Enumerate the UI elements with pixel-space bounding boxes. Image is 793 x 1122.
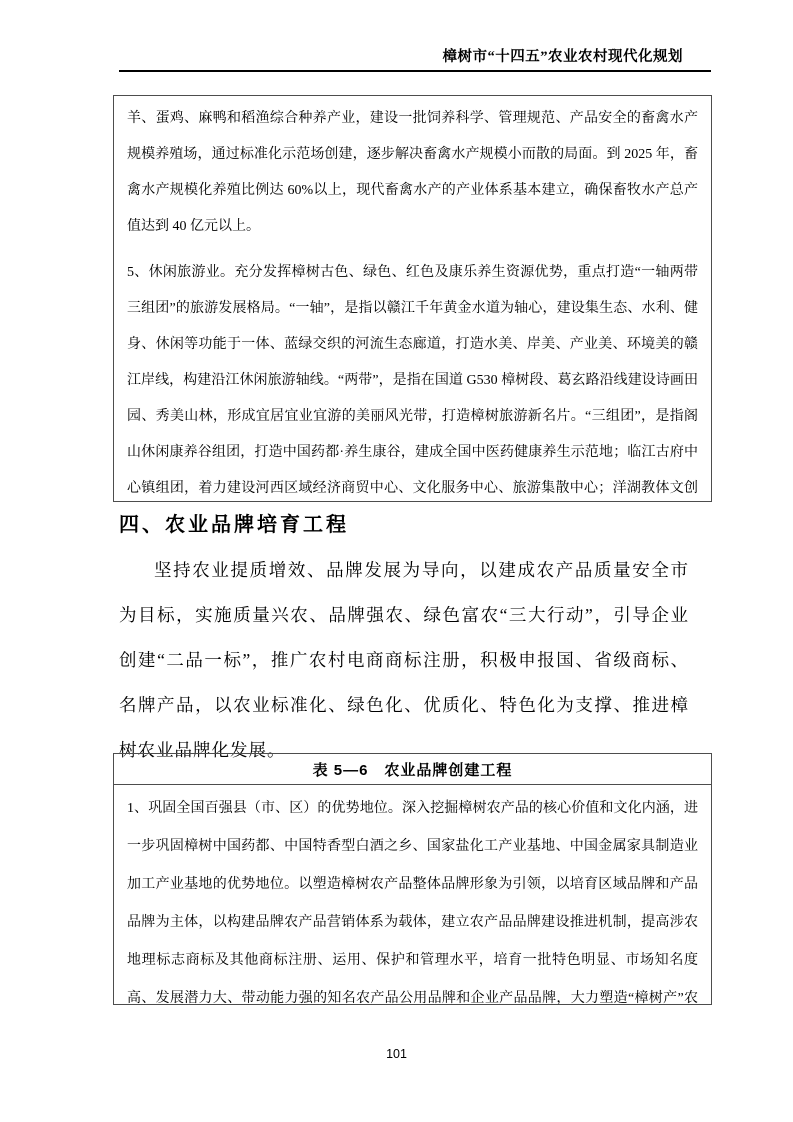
section-body-paragraph: 坚持农业提质增效、品牌发展为导向，以建成农产品质量安全市为目标，实施质量兴农、品… — [119, 548, 689, 773]
table-content: 1、巩固全国百强县（市、区）的优势地位。深入挖掘樟树农产品的核心价值和文化内涵，… — [114, 785, 711, 1005]
section-heading-agriculture-brand: 四、农业品牌培育工程 — [119, 508, 349, 537]
page-number: 101 — [0, 1047, 793, 1061]
header-divider-line — [119, 70, 711, 72]
document-page: 樟树市“十四五”农业农村现代化规划 羊、蛋鸡、麻鸭和稻渔综合种养产业，建设一批饲… — [0, 0, 793, 1122]
table-brand-creation-project: 表 5—6 农业品牌创建工程 1、巩固全国百强县（市、区）的优势地位。深入挖掘樟… — [113, 753, 712, 1005]
text-box-livestock-tourism: 羊、蛋鸡、麻鸭和稻渔综合种养产业，建设一批饲养科学、管理规范、产品安全的畜禽水产… — [113, 95, 712, 502]
table-title: 表 5—6 农业品牌创建工程 — [114, 754, 711, 785]
page-header-title: 樟树市“十四五”农业农村现代化规划 — [443, 45, 684, 66]
paragraph-livestock: 羊、蛋鸡、麻鸭和稻渔综合种养产业，建设一批饲养科学、管理规范、产品安全的畜禽水产… — [127, 101, 698, 245]
paragraph-leisure-tourism: 5、休闲旅游业。充分发挥樟树古色、绿色、红色及康乐养生资源优势，重点打造“一轴两… — [127, 255, 698, 502]
